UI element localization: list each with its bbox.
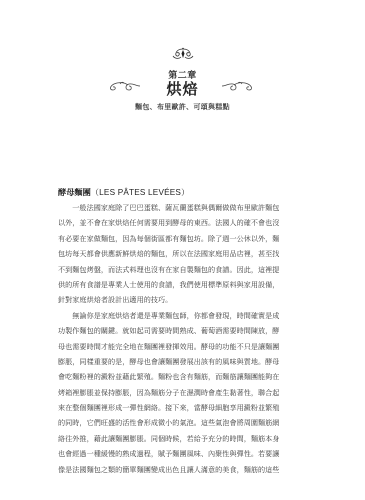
text-line: 母也需要時間才能完全地在麵團裡發揮效用。酵母的功能不只是讓麵團 bbox=[58, 339, 310, 354]
book-page: 第二章 烘焙 麵包、布里歐許、可頌與糕點 酵母麵團（LES PÂTES LEVÉ… bbox=[0, 0, 365, 500]
text-line: 像是法國麵包之類的簡單麵團變成出色且讓人滿意的美食，麵筋的這些 bbox=[58, 462, 310, 477]
section-heading: 酵母麵團（LES PÂTES LEVÉES） bbox=[58, 187, 189, 198]
chapter-subtitle: 麵包、布里歐許、可頌與糕點 bbox=[0, 102, 365, 112]
text-line: 供的所有食譜是專業人士使用的食譜，我們使用標準原料與家用設備， bbox=[58, 277, 310, 292]
text-line: 絡往外推，藉此讓麵團膨脹。同個時候，若給予充分的時間，麵筋本身 bbox=[58, 431, 310, 446]
body-text: 一般法國家庭除了巴巴蛋糕、薩瓦蘭蛋糕與偶爾做做布里歐許麵包 以外，並不會在家烘焙… bbox=[58, 200, 310, 477]
text-line: 的同時，它們旺盛的活性會形成微小的氣泡。這些氣泡會將周圍麵筋網 bbox=[58, 415, 310, 430]
text-line: 針對家庭烘焙者設計出適用的技巧。 bbox=[58, 292, 310, 307]
text-line: 也會經過一種緩慢的熟成過程，賦予麵團風味、內聚性與彈性。若要讓 bbox=[58, 446, 310, 461]
section-heading-french: （LES PÂTES LEVÉES） bbox=[91, 188, 190, 197]
text-line: 不到麵包烤盤，而法式料理也沒有在家自製麵包的食譜。因此，這裡提 bbox=[58, 262, 310, 277]
fleuron-ornament-icon bbox=[170, 47, 196, 61]
text-line: 膨脹，同樣重要的是，酵母也會讓麵團發展出該有的風味與質地。酵母 bbox=[58, 354, 310, 369]
text-line: 包坊每天都會供應新鮮烘焙的麵包，所以在法國家庭用品店裡，甚至找 bbox=[58, 246, 310, 261]
text-line: 一般法國家庭除了巴巴蛋糕、薩瓦蘭蛋糕與偶爾做做布里歐許麵包 bbox=[58, 200, 310, 215]
text-line: 以外，並不會在家烘焙任何需要用到酵母的東西。法國人的確不會也沒 bbox=[58, 215, 310, 230]
text-line: 會吃麵粉裡的澱粉並藉此繁殖。麵粉也含有麵筋，而麵筋讓麵團能夠在 bbox=[58, 369, 310, 384]
text-line: 功製作麵包的關鍵。就如起司需要時間熟成、葡萄酒需要時間陳放，酵 bbox=[58, 323, 310, 338]
text-line: 來在整個麵團裡形成一彈性網絡。接下來，當酵母細胞享用澱粉並繁殖 bbox=[58, 400, 310, 415]
text-line: 烤箱裡膨脹並保持膨脹，因為麵筋分子在濕潤時會產生黏著性，聯合起 bbox=[58, 385, 310, 400]
scroll-flourish-right-icon bbox=[220, 80, 256, 92]
chapter-title: 烘焙 bbox=[0, 78, 365, 99]
text-line: 無論你是家庭烘焙者還是專業麵包師，你都會發現，時間確實是成 bbox=[58, 308, 310, 323]
text-line: 有必要在家做麵包，因為每個街區都有麵包坊。除了週一公休以外，麵 bbox=[58, 231, 310, 246]
section-heading-chinese: 酵母麵團 bbox=[58, 187, 91, 197]
